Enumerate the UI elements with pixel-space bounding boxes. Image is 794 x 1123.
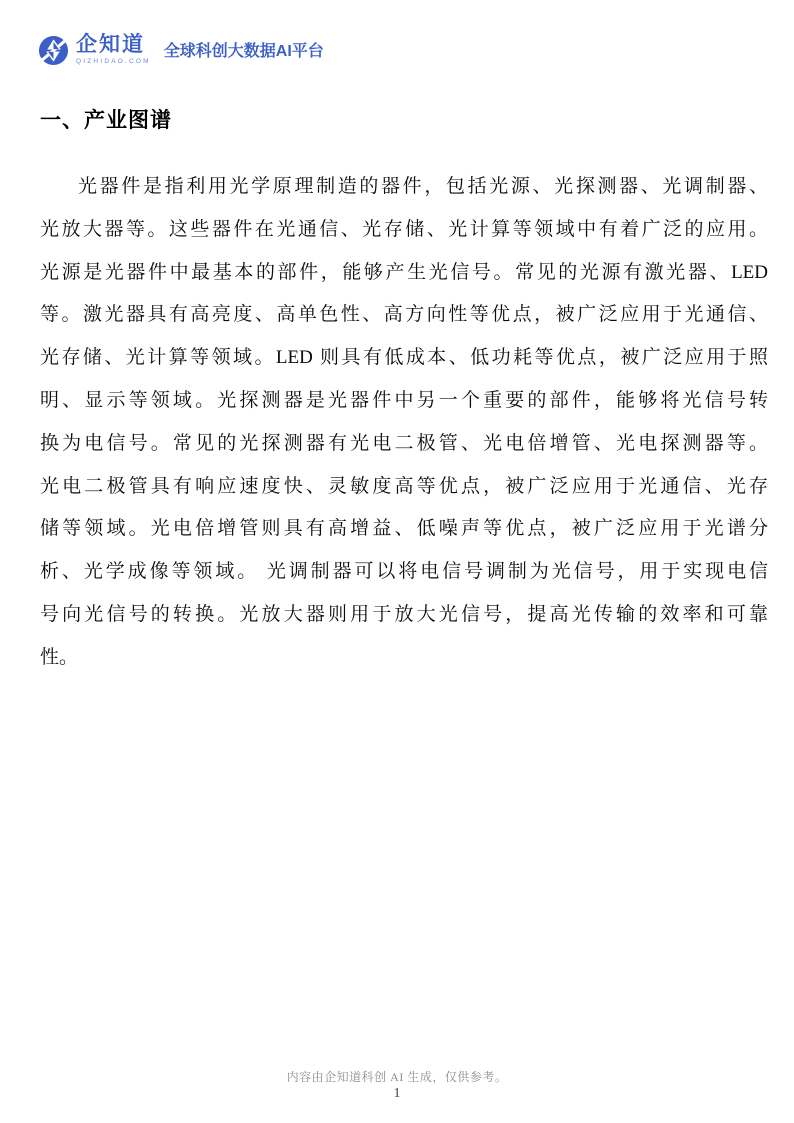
paragraph-line: 析、光学成像等领域。 光调制器可以将电信号调制为光信号，用于实现电信	[40, 551, 768, 594]
brand-header: 企知道 QIZHIDAO.COM 全球科创大数据AI平台	[38, 33, 324, 66]
document-page: 企知道 QIZHIDAO.COM 全球科创大数据AI平台 一、产业图谱 光器件是…	[0, 0, 794, 1123]
qizhidao-logo-icon	[38, 35, 69, 66]
brand-wordmark: 企知道	[76, 33, 151, 57]
paragraph-line: 光器件是指利用光学原理制造的器件，包括光源、光探测器、光调制器、	[40, 166, 768, 209]
paragraph-line: 明、显示等领域。光探测器是光器件中另一个重要的部件，能够将光信号转	[40, 380, 768, 423]
paragraph-line: 等。激光器具有高亮度、高单色性、高方向性等优点，被广泛应用于光通信、	[40, 294, 768, 337]
paragraph-line: 光放大器等。这些器件在光通信、光存储、光计算等领域中有着广泛的应用。	[40, 209, 768, 252]
section-heading: 一、产业图谱	[40, 106, 172, 136]
body-paragraph: 光器件是指利用光学原理制造的器件，包括光源、光探测器、光调制器、光放大器等。这些…	[40, 166, 768, 680]
paragraph-line: 光电二极管具有响应速度快、灵敏度高等优点，被广泛应用于光通信、光存	[40, 466, 768, 509]
paragraph-line: 光源是光器件中最基本的部件，能够产生光信号。常见的光源有激光器、LED	[40, 252, 768, 295]
footer-disclaimer: 内容由企知道科创 AI 生成，仅供参考。	[0, 1068, 794, 1085]
paragraph-line: 储等领域。光电倍增管则具有高增益、低噪声等优点，被广泛应用于光谱分	[40, 508, 768, 551]
page-number: 1	[0, 1086, 794, 1102]
paragraph-line: 性。	[40, 637, 768, 680]
brand-domain-text: QIZHIDAO.COM	[76, 58, 151, 65]
brand-wordmark-block: 企知道 QIZHIDAO.COM	[76, 33, 151, 65]
paragraph-line: 号向光信号的转换。光放大器则用于放大光信号，提高光传输的效率和可靠	[40, 594, 768, 637]
paragraph-line: 光存储、光计算等领域。LED 则具有低成本、低功耗等优点，被广泛应用于照	[40, 337, 768, 380]
paragraph-line: 换为电信号。常见的光探测器有光电二极管、光电倍增管、光电探测器等。	[40, 423, 768, 466]
brand-tagline: 全球科创大数据AI平台	[164, 38, 324, 61]
